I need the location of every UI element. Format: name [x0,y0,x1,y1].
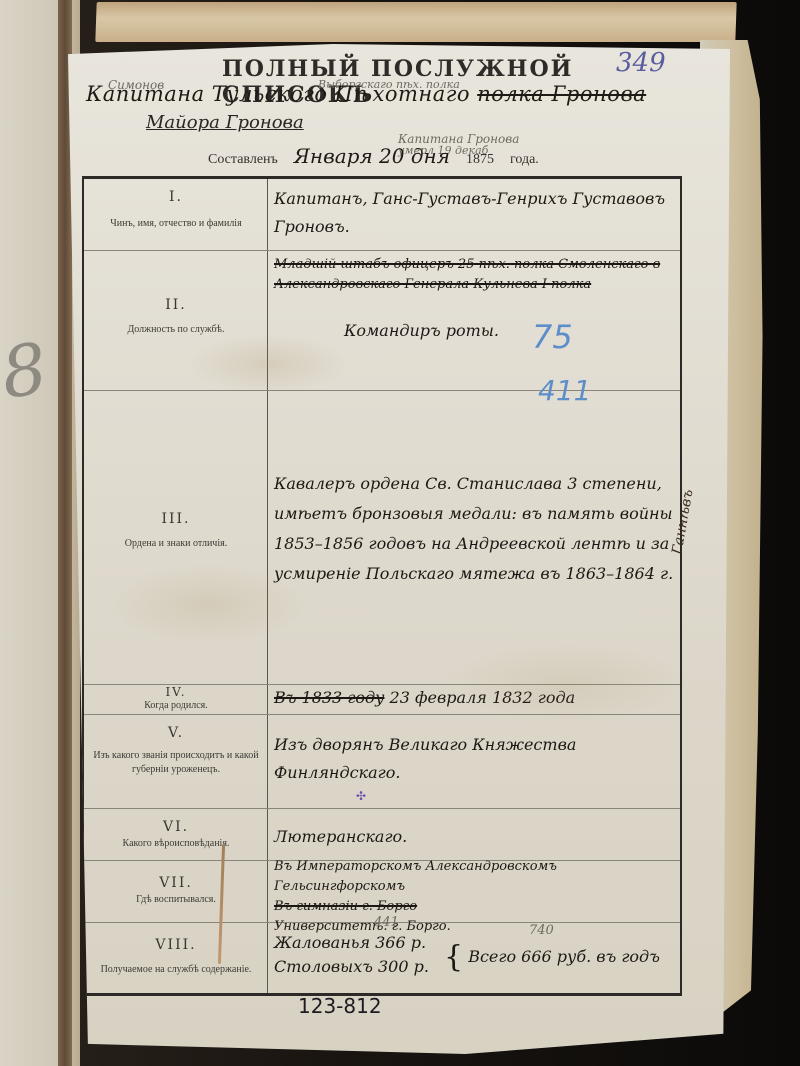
section-value: Командиръ роты. [344,317,674,345]
section-label: Ордена и знаки отличія. [84,537,268,551]
section-numeral: II. [84,297,268,313]
service-record-form: I. Чинъ, имя, отчество и фамилія Капитан… [82,176,682,996]
section-label: Когда родился. [84,699,268,713]
section-numeral: IV. [84,685,268,699]
subject-line: Капитана Тульского Пѣхотнаго полка Гроно… [86,82,646,106]
ink-blot: ✣ [356,789,366,803]
archive-reference: 123-812 [298,994,382,1018]
section-numeral: VIII. [84,937,268,953]
section-label: Получаемое на службѣ содержаніе. [84,963,268,977]
section-value: Кавалеръ ордена Св. Станислава 3 степени… [274,469,674,589]
section-row-1: I. Чинъ, имя, отчество и фамилія Капитан… [84,179,680,251]
back-pages-stack [95,2,736,42]
rank-text: Майора Гронова [146,112,304,133]
compiled-year: 1875 [466,152,494,168]
service-record-page: ПОЛНЫЙ ПОСЛУЖНОЙ СПИСОКЪ 349 Симонов Выб… [68,44,730,1054]
section-value: Жалованья 366 р. Столовыхъ 300 р. [274,931,434,979]
section-value: Въ 1833 году 23 февраля 1832 года [274,685,674,711]
compiled-line: Составленъ Января 20 дня 1875 года. [208,144,539,168]
pencil-figure: 740 [529,923,554,938]
subject-prefix: Капитана Тульского Пѣхотнаго [86,82,470,106]
section-row-4: IV. Когда родился. Въ 1833 году 23 февра… [84,685,680,715]
section-row-5: V. Изъ какого званія происходитъ и какой… [84,715,680,809]
section-row-3: III. Ордена и знаки отличія. Кавалеръ ор… [84,391,680,685]
rank-line: Майора Гронова [146,112,304,133]
section-label: Гдѣ воспитывался. [84,893,268,907]
section-label: Чинъ, имя, отчество и фамилія [84,217,268,231]
section-numeral: VII. [84,875,268,891]
section-label: Должность по службѣ. [84,323,268,337]
section-numeral: V. [84,725,268,741]
compiled-suffix: года. [510,152,539,168]
section-value: Капитанъ, Ганс-Густавъ-Генрихъ Густавовъ… [274,185,674,241]
section-value-struck: Младшій штабъ офицеръ 25 пѣх. полка Смол… [274,255,674,295]
compiled-date: Января 20 дня [294,144,450,168]
section-label: Какого вѣроисповѣданія. [84,837,268,851]
section-row-7: VII. Гдѣ воспитывался. Въ Императорскомъ… [84,861,680,923]
blue-pencil-number-top: 75 [532,318,573,356]
subject-struck: полка Гронова [477,82,646,106]
section-value: Лютеранскаго. [274,823,674,851]
section-label: Изъ какого званія происходитъ и какой гу… [84,749,268,777]
section-numeral: III. [84,511,268,527]
section-row-8: VIII. Получаемое на службѣ содержаніе. Ж… [84,923,680,995]
left-page-pencil-mark: 8 [0,327,52,414]
section-row-2: II. Должность по службѣ. Младшій штабъ о… [84,251,680,391]
sheet-number: 349 [616,48,666,78]
section-value: Изъ дворянъ Великаго Княжества Финляндск… [274,731,674,787]
pencil-figure: 441 [374,915,399,930]
compiled-label: Составленъ [208,152,278,168]
section-numeral: VI. [84,819,268,835]
book-binding-spine [58,0,72,1066]
section-row-6: VI. Какого вѣроисповѣданія. Лютеранскаго… [84,809,680,861]
blue-pencil-number-bottom: 411 [538,374,591,407]
section-value-total: { Всего 666 руб. въ годъ [444,943,674,972]
section-numeral: I. [84,189,268,205]
